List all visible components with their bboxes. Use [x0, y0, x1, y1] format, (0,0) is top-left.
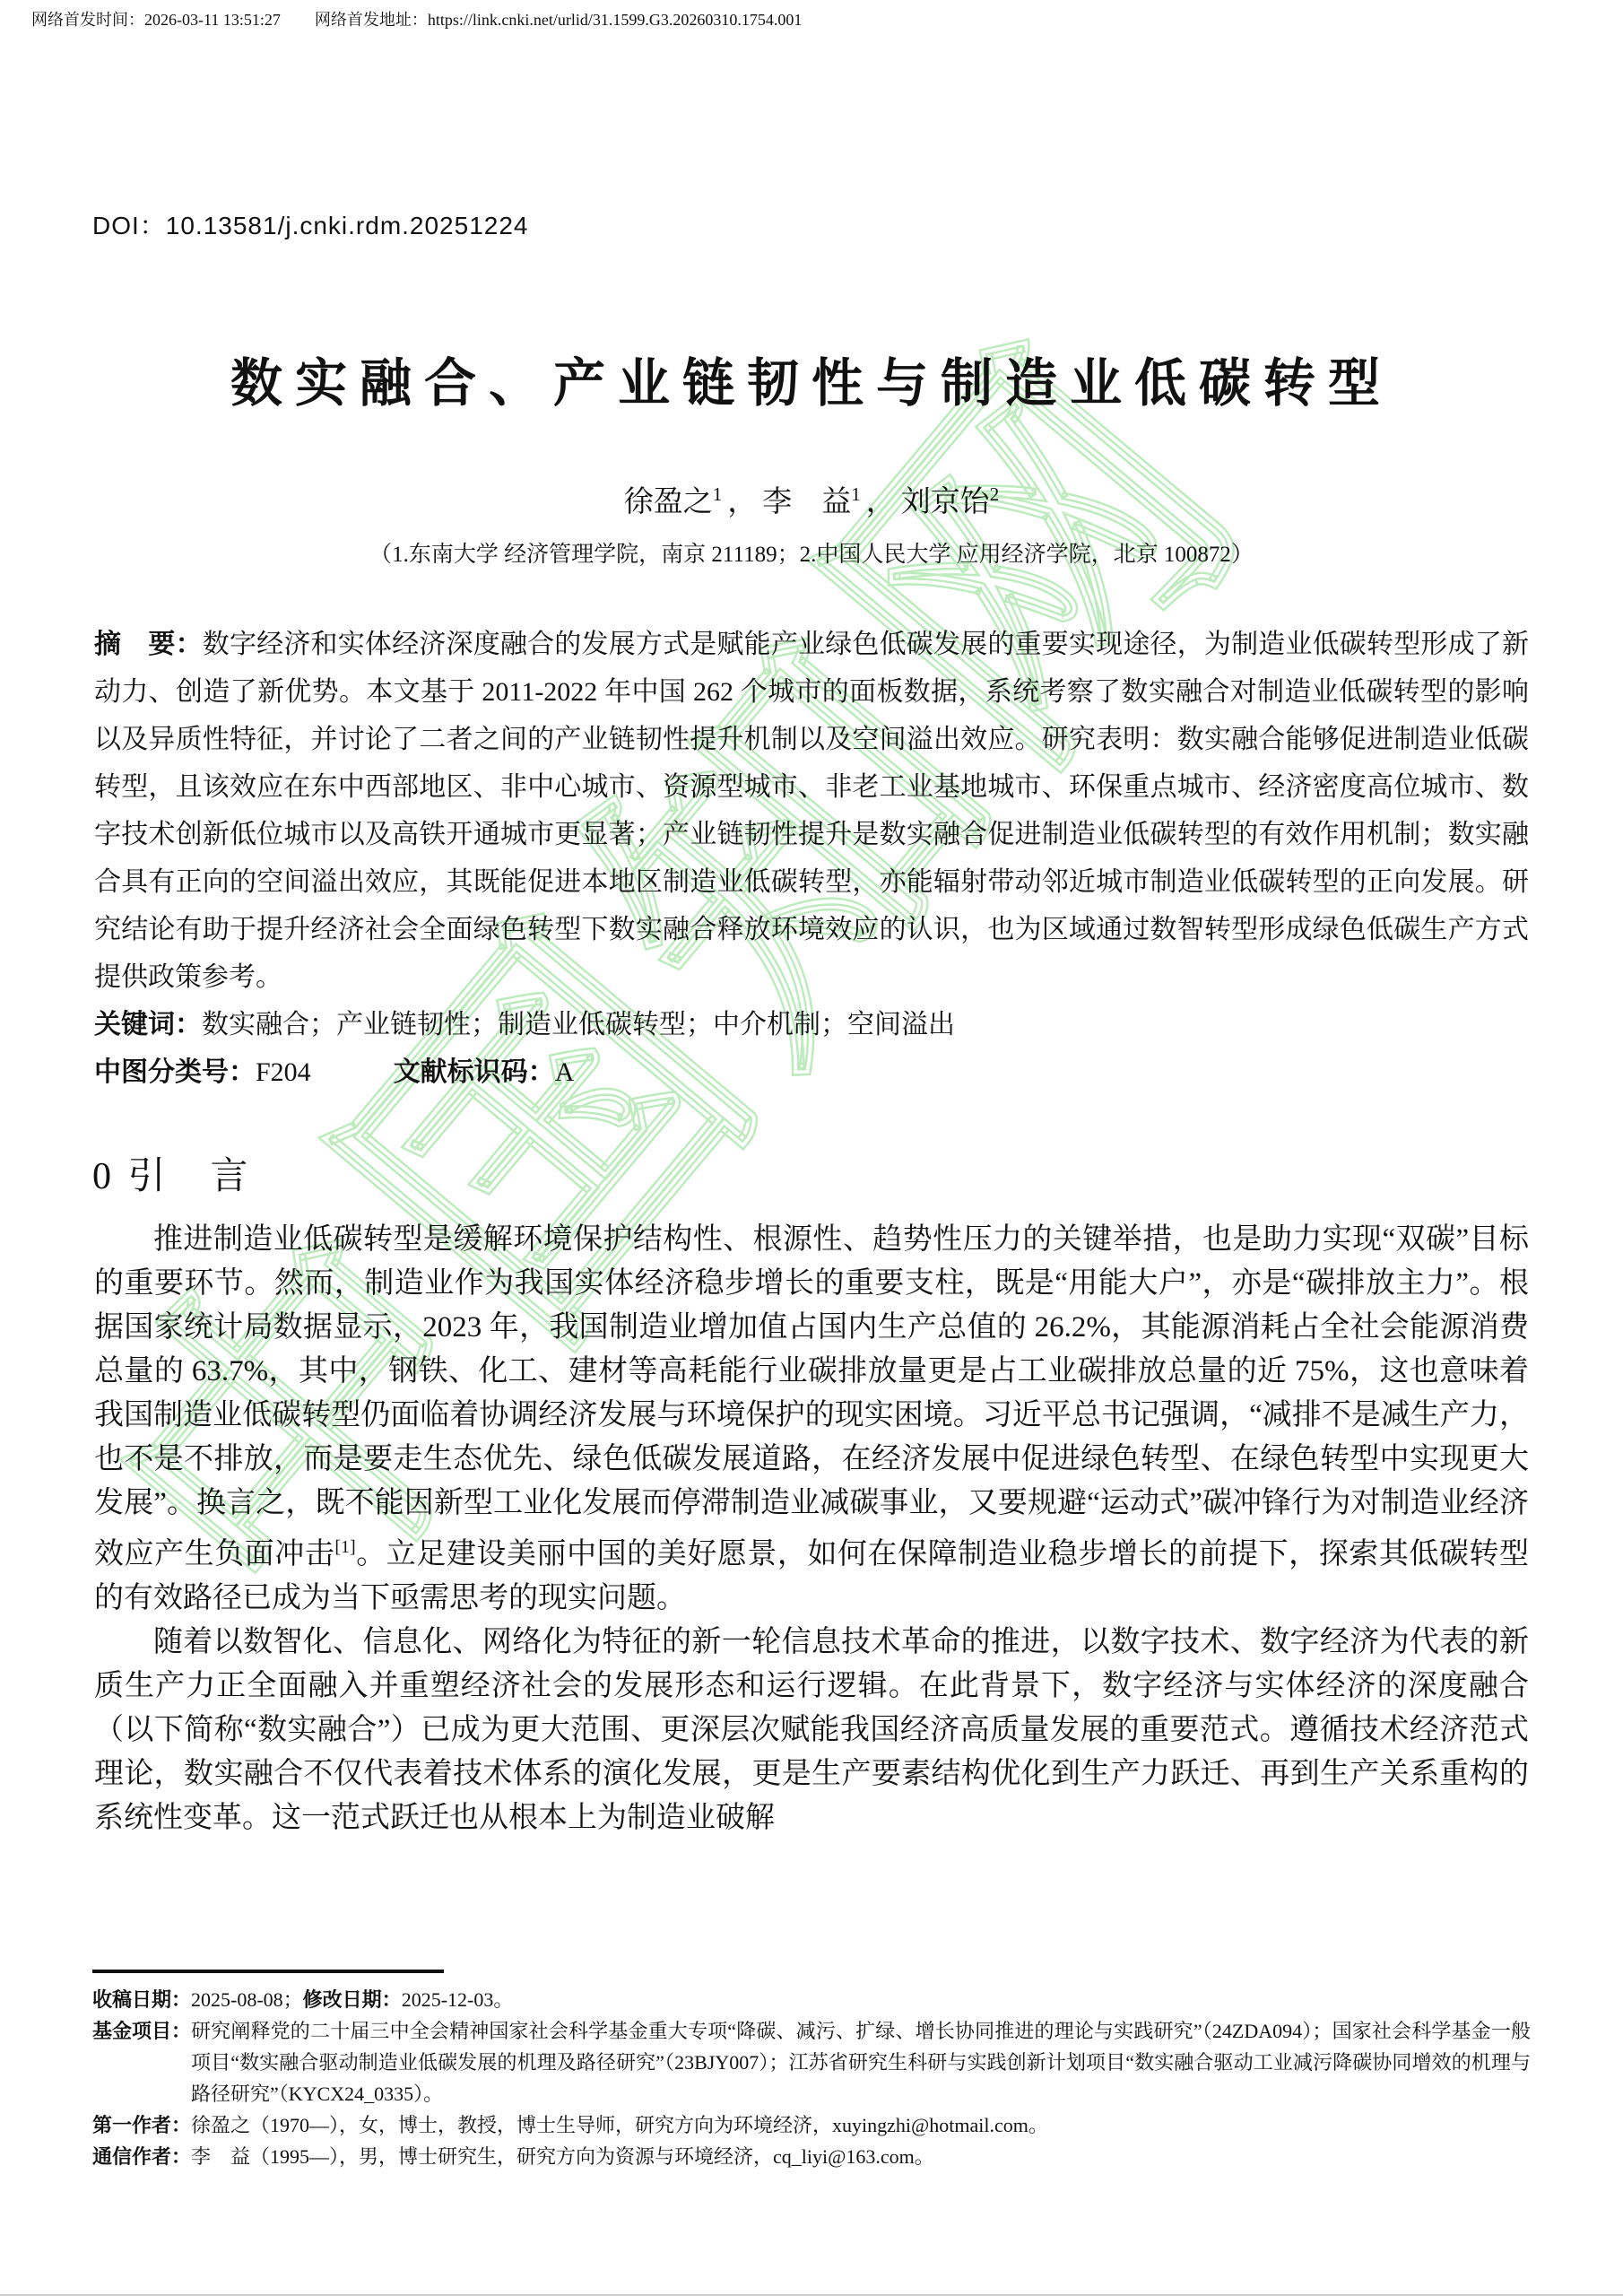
keywords-label: 关键词：	[94, 1010, 202, 1039]
author-2-name: 李 益	[762, 486, 851, 518]
author-2-sup: 1	[851, 483, 861, 505]
intro-paragraph-1: 推进制造业低碳转型是缓解环境保护结构性、根源性、趋势性压力的关键举措，也是助力实…	[94, 1218, 1529, 1621]
first-author-text: 徐盈之（1970—），女，博士，教授，博士生导师，研究方向为环境经济，xuyin…	[191, 2109, 1531, 2141]
publish-time-label: 网络首发时间：	[31, 11, 144, 29]
author-separator: ，	[861, 486, 901, 518]
funding-label: 基金项目：	[92, 2015, 191, 2047]
keywords-line: 关键词：数实融合；产业链韧性；制造业低碳转型；中介机制；空间溢出	[94, 1001, 1529, 1048]
funding-footnote: 基金项目： 研究阐释党的二十届三中全会精神国家社会科学基金重大专项“降碳、减污、…	[92, 2015, 1531, 2109]
received-date-value: 2025-08-08；	[191, 1988, 303, 2011]
first-author-footnote: 第一作者： 徐盈之（1970—），女，博士，教授，博士生导师，研究方向为环境经济…	[92, 2109, 1531, 2141]
intro-paragraph-2: 随着以数智化、信息化、网络化为特征的新一轮信息技术革命的推进，以数字技术、数字经…	[94, 1621, 1529, 1840]
doi-line: DOI：10.13581/j.cnki.rdm.20251224	[92, 206, 529, 242]
doc-code-value: A	[555, 1057, 575, 1087]
introduction-body: 推进制造业低碳转型是缓解环境保护结构性、根源性、趋势性压力的关键举措，也是助力实…	[94, 1218, 1529, 1840]
publish-addr-url: https://link.cnki.net/urlid/31.1599.G3.2…	[428, 11, 803, 29]
first-author-label: 第一作者：	[92, 2109, 191, 2141]
publish-addr-label: 网络首发地址：	[315, 11, 428, 29]
doc-code-label: 文献标识码：	[394, 1057, 555, 1087]
author-3-sup: 2	[990, 483, 1000, 505]
dates-footnote: 收稿日期：2025-08-08；修改日期：2025-12-03。	[92, 1984, 1531, 2015]
footnote-divider	[92, 1970, 444, 1973]
online-first-meta: 网络首发时间：2026-03-11 13:51:27网络首发地址：https:/…	[31, 7, 802, 30]
revised-date-value: 2025-12-03。	[402, 1988, 514, 2011]
author-1-sup: 1	[713, 483, 723, 505]
paper-page: 中国知网 网络首发时间：2026-03-11 13:51:27网络首发地址：ht…	[0, 0, 1623, 2296]
author-line: 徐盈之1，李 益1，刘京饴2	[0, 478, 1623, 520]
received-date-label: 收稿日期：	[92, 1988, 191, 2011]
author-1-name: 徐盈之	[624, 486, 713, 518]
intro-p1-text-a: 推进制造业低碳转型是缓解环境保护结构性、根源性、趋势性压力的关键举措，也是助力实…	[94, 1223, 1529, 1570]
keywords-text: 数实融合；产业链韧性；制造业低碳转型；中介机制；空间溢出	[202, 1010, 955, 1039]
funding-text: 研究阐释党的二十届三中全会精神国家社会科学基金重大专项“降碳、减污、扩绿、增长协…	[191, 2015, 1531, 2109]
section-heading-introduction: 0 引 言	[92, 1146, 252, 1200]
citation-ref-1: [1]	[334, 1537, 355, 1557]
author-3-name: 刘京饴	[901, 486, 990, 518]
abstract-block: 摘 要：数字经济和实体经济深度融合的发展方式是赋能产业绿色低碳发展的重要实现途径…	[94, 621, 1529, 1096]
affiliation-line: （1.东南大学 经济管理学院，南京 211189；2.中国人民大学 应用经济学院…	[0, 536, 1623, 569]
clc-label: 中图分类号：	[94, 1057, 256, 1087]
author-separator: ，	[722, 486, 762, 518]
classification-line: 中图分类号：F204文献标识码：A	[94, 1048, 1529, 1096]
abstract-label: 摘 要：	[94, 630, 203, 659]
publish-time-value: 2026-03-11 13:51:27	[144, 11, 281, 29]
corresponding-author-footnote: 通信作者： 李 益（1995—），男，博士研究生，研究方向为资源与环境经济，cq…	[92, 2141, 1531, 2172]
article-title: 数实融合、产业链韧性与制造业低碳转型	[0, 341, 1623, 416]
corresponding-author-text: 李 益（1995—），男，博士研究生，研究方向为资源与环境经济，cq_liyi@…	[191, 2141, 1531, 2172]
abstract-paragraph: 摘 要：数字经济和实体经济深度融合的发展方式是赋能产业绿色低碳发展的重要实现途径…	[94, 621, 1529, 1001]
corresponding-author-label: 通信作者：	[92, 2141, 191, 2172]
revised-date-label: 修改日期：	[303, 1988, 402, 2011]
abstract-text: 数字经济和实体经济深度融合的发展方式是赋能产业绿色低碳发展的重要实现途径，为制造…	[94, 630, 1529, 992]
footnote-block: 收稿日期：2025-08-08；修改日期：2025-12-03。 基金项目： 研…	[92, 1984, 1531, 2172]
clc-value: F204	[256, 1057, 311, 1087]
